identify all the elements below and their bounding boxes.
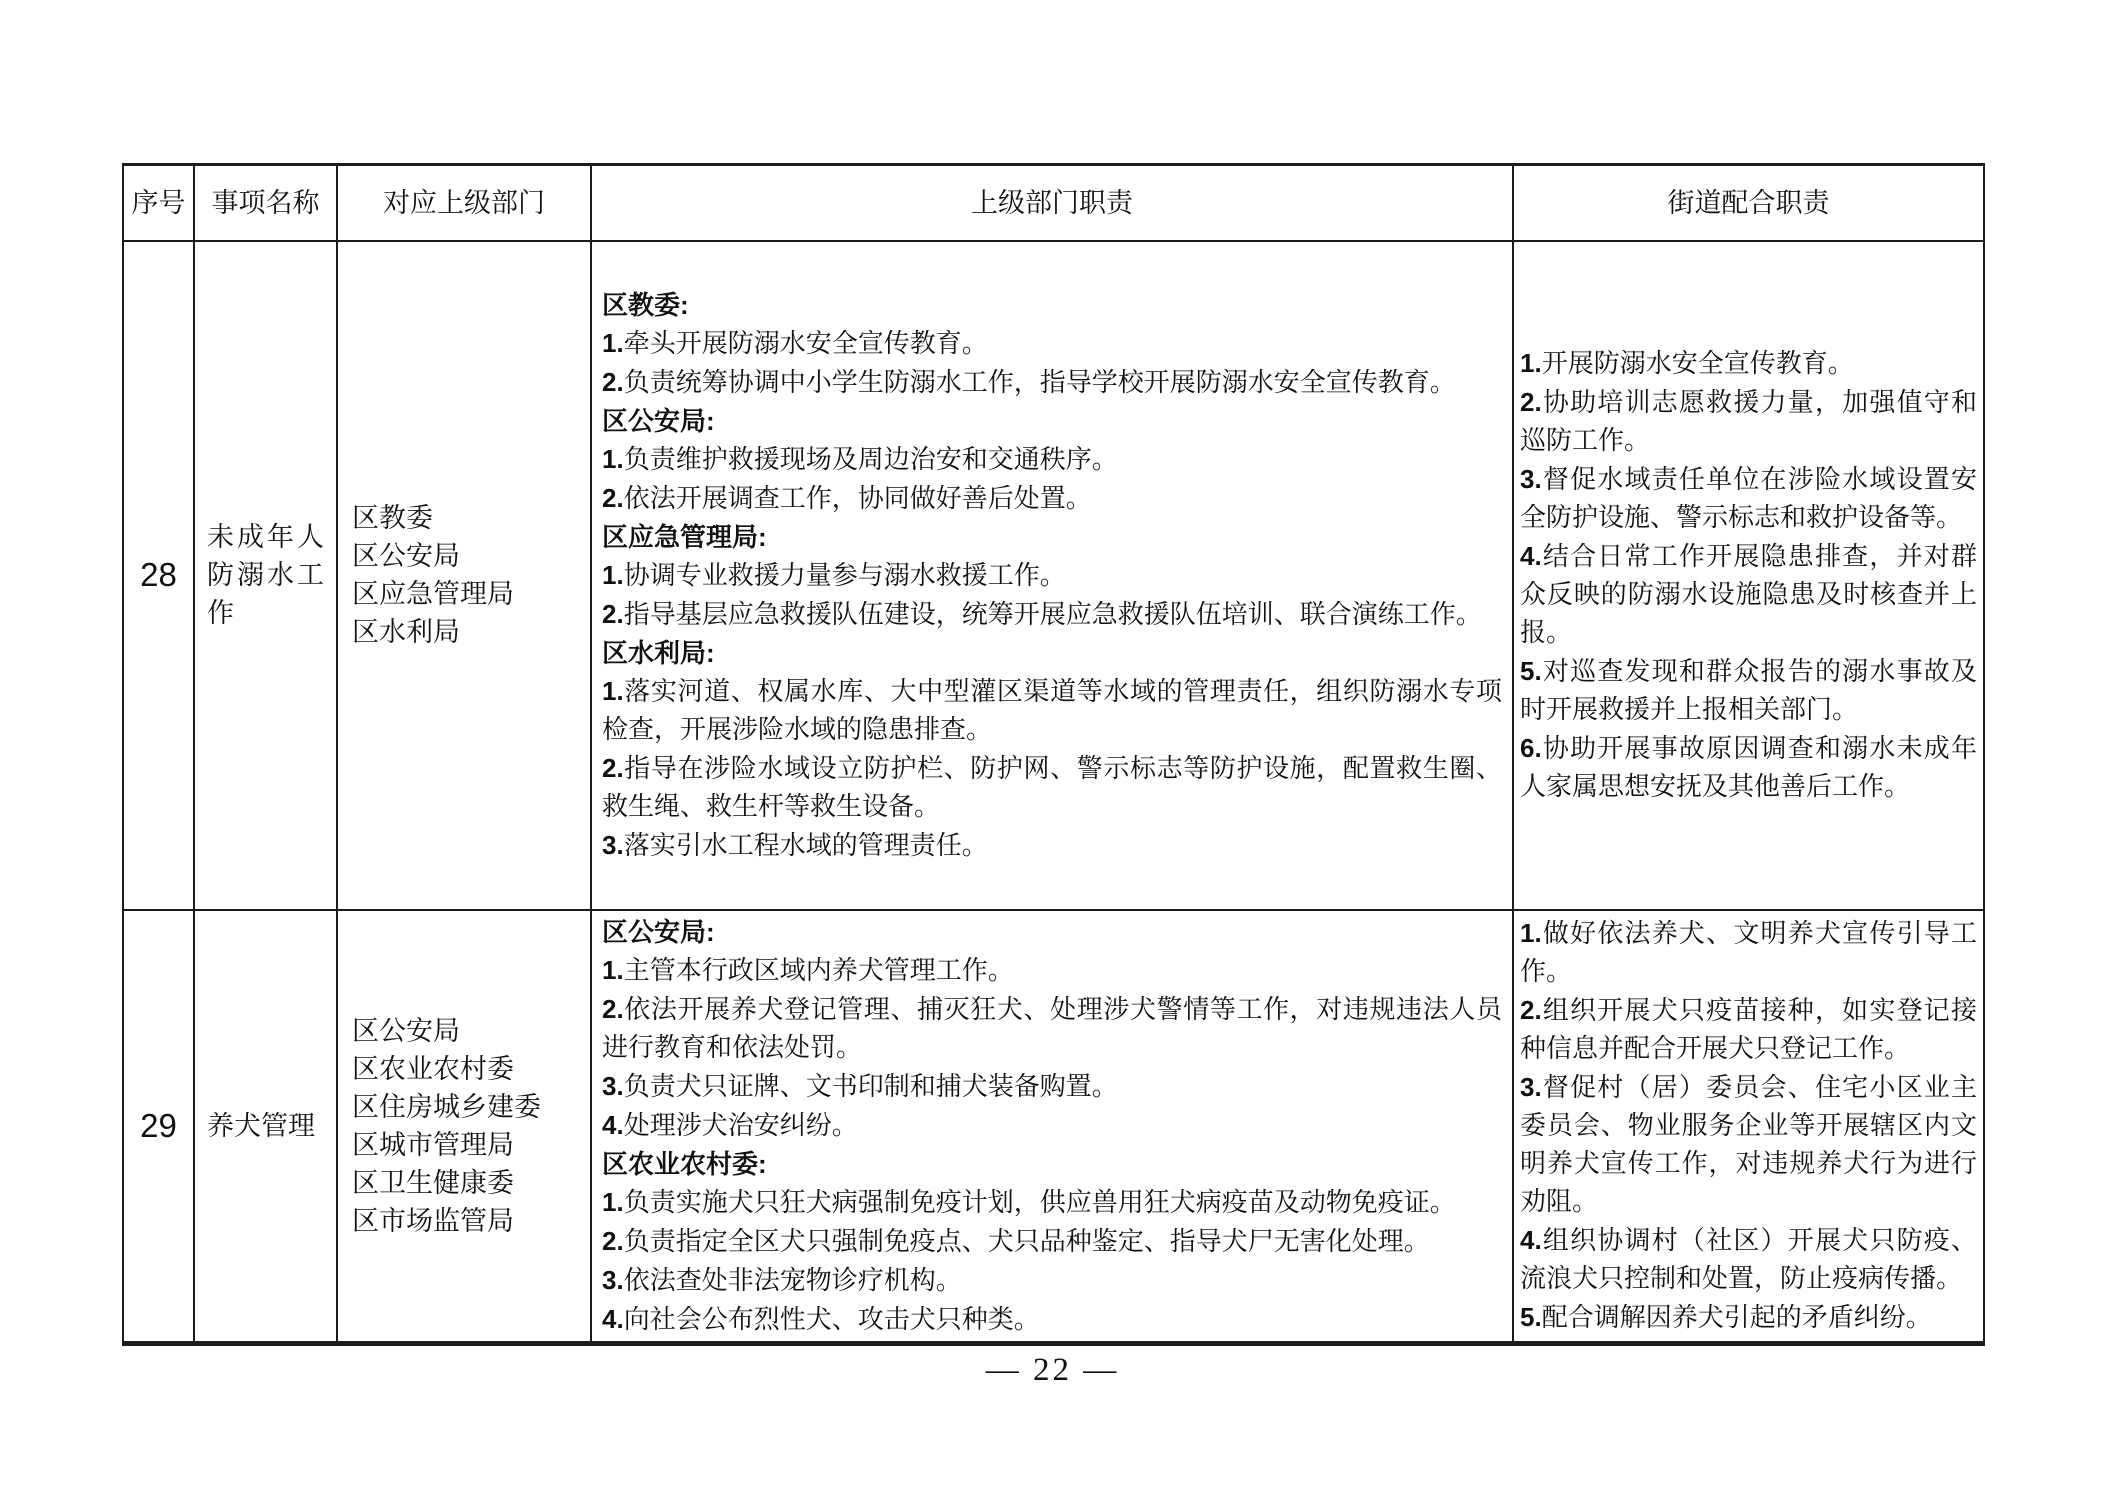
duty-item: 3.督促水域责任单位在涉险水域设置安全防护设施、警示标志和救护设备等。 xyxy=(1520,460,1977,537)
duty-item: 1.负责维护救援现场及周边治安和交通秩序。 xyxy=(602,440,1502,479)
duty-item: 1.开展防溺水安全宣传教育。 xyxy=(1520,344,1977,383)
duty-item-number: 5. xyxy=(1520,1302,1542,1332)
header-col-name: 事项名称 xyxy=(194,165,337,241)
department-item: 区卫生健康委 xyxy=(352,1164,580,1202)
item-name: 养犬管理 xyxy=(194,910,337,1344)
row-number: 28 xyxy=(123,241,194,910)
duty-item-number: 1. xyxy=(602,676,624,706)
duty-item-number: 2. xyxy=(602,483,624,513)
duty-item-number: 1. xyxy=(602,955,624,985)
table-row: 28 未成年人防溺水工作 区教委区公安局区应急管理局区水利局 区教委:1.牵头开… xyxy=(123,241,1984,910)
department-item: 区城市管理局 xyxy=(352,1126,580,1164)
duty-item-number: 4. xyxy=(602,1110,624,1140)
duty-item-text: 做好依法养犬、文明养犬宣传引导工作。 xyxy=(1520,919,1977,986)
duty-item-text: 处理涉犬治安纠纷。 xyxy=(624,1111,858,1140)
duty-item-number: 2. xyxy=(602,599,624,629)
page-number: — 22 — xyxy=(122,1352,1983,1389)
duty-item-text: 依法查处非法宠物诊疗机构。 xyxy=(624,1266,962,1295)
duty-item-text: 协助培训志愿救援力量，加强值守和巡防工作。 xyxy=(1520,388,1977,455)
duty-item: 1.做好依法养犬、文明养犬宣传引导工作。 xyxy=(1520,914,1977,991)
duty-item: 3.依法查处非法宠物诊疗机构。 xyxy=(602,1261,1502,1300)
duty-item: 1.负责实施犬只狂犬病强制免疫计划，供应兽用狂犬病疫苗及动物免疫证。 xyxy=(602,1183,1502,1222)
department-item: 区应急管理局 xyxy=(352,575,580,613)
duty-item-number: 4. xyxy=(602,1304,624,1334)
duty-item-text: 协调专业救援力量参与溺水救援工作。 xyxy=(624,561,1066,590)
duty-item-text: 组织开展犬只疫苗接种，如实登记接种信息并配合开展犬只登记工作。 xyxy=(1520,996,1977,1063)
duty-item-text: 组织协调村（社区）开展犬只防疫、流浪犬只控制和处置，防止疫病传播。 xyxy=(1520,1226,1977,1293)
duty-heading: 区水利局: xyxy=(602,634,1502,672)
duty-item-text: 负责犬只证牌、文书印制和捕犬装备购置。 xyxy=(624,1072,1118,1101)
duty-item-text: 落实引水工程水域的管理责任。 xyxy=(624,831,988,860)
department-item: 区市场监管局 xyxy=(352,1202,580,1240)
header-col-superior-duty: 上级部门职责 xyxy=(591,165,1513,241)
department-item: 区水利局 xyxy=(352,613,580,651)
document-page: 序号 事项名称 对应上级部门 上级部门职责 街道配合职责 28 未成年人防溺水工… xyxy=(0,0,2104,1488)
duty-item-number: 5. xyxy=(1520,656,1542,686)
duty-item-number: 6. xyxy=(1520,733,1542,763)
superior-duties: 区教委:1.牵头开展防溺水安全宣传教育。2.负责统筹协调中小学生防溺水工作，指导… xyxy=(591,241,1513,910)
duty-item-text: 向社会公布烈性犬、攻击犬只种类。 xyxy=(624,1305,1040,1334)
department-item: 区住房城乡建委 xyxy=(352,1088,580,1126)
duty-item: 5.配合调解因养犬引起的矛盾纠纷。 xyxy=(1520,1298,1977,1337)
duty-item-text: 开展防溺水安全宣传教育。 xyxy=(1542,349,1854,378)
duty-item: 2.指导在涉险水域设立防护栏、防护网、警示标志等防护设施，配置救生圈、救生绳、救… xyxy=(602,749,1502,826)
item-name: 未成年人防溺水工作 xyxy=(194,241,337,910)
duty-item-number: 2. xyxy=(602,367,624,397)
duty-item-text: 负责统筹协调中小学生防溺水工作，指导学校开展防溺水安全宣传教育。 xyxy=(624,368,1456,397)
duty-item-number: 1. xyxy=(1520,918,1542,948)
duty-item: 2.指导基层应急救援队伍建设，统筹开展应急救援队伍培训、联合演练工作。 xyxy=(602,595,1502,634)
duty-item-text: 督促水域责任单位在涉险水域设置安全防护设施、警示标志和救护设备等。 xyxy=(1520,465,1977,532)
duty-item: 4.处理涉犬治安纠纷。 xyxy=(602,1106,1502,1145)
duty-item-text: 依法开展调查工作，协同做好善后处置。 xyxy=(624,484,1092,513)
duty-item: 1.协调专业救援力量参与溺水救援工作。 xyxy=(602,556,1502,595)
duty-item-number: 1. xyxy=(1520,348,1542,378)
duty-item-number: 2. xyxy=(1520,995,1542,1025)
duty-item-number: 3. xyxy=(602,1265,624,1295)
header-col-no: 序号 xyxy=(123,165,194,241)
duty-item: 2.依法开展养犬登记管理、捕灭狂犬、处理涉犬警情等工作，对违规违法人员进行教育和… xyxy=(602,990,1502,1067)
duty-item-text: 牵头开展防溺水安全宣传教育。 xyxy=(624,329,988,358)
duty-item-number: 1. xyxy=(602,1187,624,1217)
duty-item-text: 督促村（居）委员会、住宅小区业主委员会、物业服务企业等开展辖区内文明养犬宣传工作… xyxy=(1520,1073,1977,1216)
row-number: 29 xyxy=(123,910,194,1344)
duty-item-number: 4. xyxy=(1520,541,1542,571)
header-row: 序号 事项名称 对应上级部门 上级部门职责 街道配合职责 xyxy=(123,165,1984,241)
duty-item: 2.负责统筹协调中小学生防溺水工作，指导学校开展防溺水安全宣传教育。 xyxy=(602,363,1502,402)
duty-item-text: 负责指定全区犬只强制免疫点、犬只品种鉴定、指导犬尸无害化处理。 xyxy=(624,1227,1430,1256)
duty-item-number: 3. xyxy=(1520,1072,1542,1102)
duty-item-number: 3. xyxy=(602,830,624,860)
duty-item-text: 指导在涉险水域设立防护栏、防护网、警示标志等防护设施，配置救生圈、救生绳、救生杆… xyxy=(602,754,1502,821)
duty-item: 1.落实河道、权属水库、大中型灌区渠道等水域的管理责任，组织防溺水专项检查，开展… xyxy=(602,672,1502,749)
duty-item-number: 1. xyxy=(602,560,624,590)
duty-item: 3.落实引水工程水域的管理责任。 xyxy=(602,826,1502,865)
department-list: 区公安局区农业农村委区住房城乡建委区城市管理局区卫生健康委区市场监管局 xyxy=(337,910,591,1344)
duty-item: 1.主管本行政区域内养犬管理工作。 xyxy=(602,951,1502,990)
responsibility-table: 序号 事项名称 对应上级部门 上级部门职责 街道配合职责 28 未成年人防溺水工… xyxy=(122,163,1985,1346)
duty-item-text: 配合调解因养犬引起的矛盾纠纷。 xyxy=(1542,1303,1932,1332)
duty-item: 2.负责指定全区犬只强制免疫点、犬只品种鉴定、指导犬尸无害化处理。 xyxy=(602,1222,1502,1261)
duty-item: 1.牵头开展防溺水安全宣传教育。 xyxy=(602,324,1502,363)
duty-item: 2.依法开展调查工作，协同做好善后处置。 xyxy=(602,479,1502,518)
duty-item: 2.协助培训志愿救援力量，加强值守和巡防工作。 xyxy=(1520,383,1977,460)
duty-item-text: 落实河道、权属水库、大中型灌区渠道等水域的管理责任，组织防溺水专项检查，开展涉险… xyxy=(602,677,1502,744)
department-list: 区教委区公安局区应急管理局区水利局 xyxy=(337,241,591,910)
header-col-dept: 对应上级部门 xyxy=(337,165,591,241)
duty-item: 4.结合日常工作开展隐患排查，并对群众反映的防溺水设施隐患及时核查并上报。 xyxy=(1520,537,1977,652)
duty-heading: 区教委: xyxy=(602,286,1502,324)
duty-item-text: 指导基层应急救援队伍建设，统筹开展应急救援队伍培训、联合演练工作。 xyxy=(624,600,1482,629)
department-item: 区公安局 xyxy=(352,537,580,575)
duty-item-number: 1. xyxy=(602,444,624,474)
duty-item-text: 负责维护救援现场及周边治安和交通秩序。 xyxy=(624,445,1118,474)
duty-item-number: 2. xyxy=(602,1226,624,1256)
duty-item-text: 协助开展事故原因调查和溺水未成年人家属思想安抚及其他善后工作。 xyxy=(1520,734,1977,801)
duty-item: 5.对巡查发现和群众报告的溺水事故及时开展救援并上报相关部门。 xyxy=(1520,652,1977,729)
department-item: 区教委 xyxy=(352,499,580,537)
duty-item-number: 3. xyxy=(1520,464,1542,494)
duty-item: 3.督促村（居）委员会、住宅小区业主委员会、物业服务企业等开展辖区内文明养犬宣传… xyxy=(1520,1068,1977,1221)
department-item: 区公安局 xyxy=(352,1012,580,1050)
duty-heading: 区公安局: xyxy=(602,913,1502,951)
duty-heading: 区农业农村委: xyxy=(602,1145,1502,1183)
header-col-street-duty: 街道配合职责 xyxy=(1513,165,1984,241)
duty-item-text: 主管本行政区域内养犬管理工作。 xyxy=(624,956,1014,985)
duty-heading: 区应急管理局: xyxy=(602,518,1502,556)
duty-heading: 区公安局: xyxy=(602,402,1502,440)
duty-item-number: 2. xyxy=(1520,387,1542,417)
duty-item-text: 依法开展养犬登记管理、捕灭狂犬、处理涉犬警情等工作，对违规违法人员进行教育和依法… xyxy=(602,995,1502,1062)
duty-item: 4.组织协调村（社区）开展犬只防疫、流浪犬只控制和处置，防止疫病传播。 xyxy=(1520,1221,1977,1298)
duty-item-text: 对巡查发现和群众报告的溺水事故及时开展救援并上报相关部门。 xyxy=(1520,657,1977,724)
duty-item-number: 3. xyxy=(602,1071,624,1101)
street-duties: 1.做好依法养犬、文明养犬宣传引导工作。2.组织开展犬只疫苗接种，如实登记接种信… xyxy=(1513,910,1984,1344)
duty-item-number: 1. xyxy=(602,328,624,358)
duty-item-number: 2. xyxy=(602,994,624,1024)
street-duties: 1.开展防溺水安全宣传教育。2.协助培训志愿救援力量，加强值守和巡防工作。3.督… xyxy=(1513,241,1984,910)
table-row: 29 养犬管理 区公安局区农业农村委区住房城乡建委区城市管理局区卫生健康委区市场… xyxy=(123,910,1984,1344)
duty-item-text: 结合日常工作开展隐患排查，并对群众反映的防溺水设施隐患及时核查并上报。 xyxy=(1520,542,1977,647)
duty-item-number: 4. xyxy=(1520,1225,1542,1255)
duty-item-text: 负责实施犬只狂犬病强制免疫计划，供应兽用狂犬病疫苗及动物免疫证。 xyxy=(624,1188,1456,1217)
duty-item: 2.组织开展犬只疫苗接种，如实登记接种信息并配合开展犬只登记工作。 xyxy=(1520,991,1977,1068)
duty-item: 6.协助开展事故原因调查和溺水未成年人家属思想安抚及其他善后工作。 xyxy=(1520,729,1977,806)
superior-duties: 区公安局:1.主管本行政区域内养犬管理工作。2.依法开展养犬登记管理、捕灭狂犬、… xyxy=(591,910,1513,1344)
duty-item: 4.向社会公布烈性犬、攻击犬只种类。 xyxy=(602,1300,1502,1339)
duty-item-number: 2. xyxy=(602,753,624,783)
department-item: 区农业农村委 xyxy=(352,1050,580,1088)
duty-item: 3.负责犬只证牌、文书印制和捕犬装备购置。 xyxy=(602,1067,1502,1106)
